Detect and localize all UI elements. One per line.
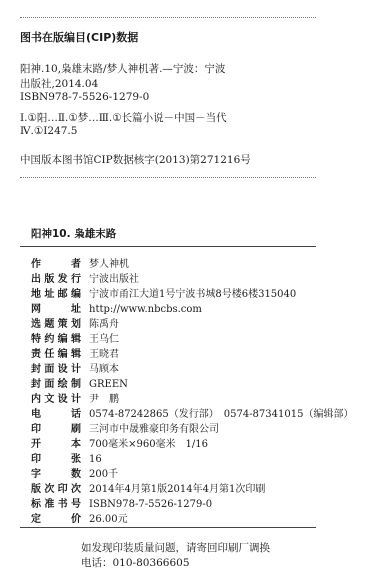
middle-dotted-divider — [20, 177, 316, 178]
row-label: 开 本 — [31, 437, 81, 452]
row-label: 封面绘制 — [31, 377, 81, 392]
row-value: 三河市中晟雅豪印务有限公司 — [89, 422, 219, 437]
cip-heading: 图书在版编目(CIP)数据 — [20, 29, 138, 45]
row-value: 宁波市甬江大道1号宁波书城8号楼6楼315040 — [89, 287, 296, 302]
cip-line: 出版社,2014.04 — [20, 76, 98, 91]
row-label: 标准书号 — [31, 497, 81, 512]
colophon-row-cover-art: 封面绘制GREEN — [31, 377, 353, 392]
printer-phone: 电话：010-80366605 — [81, 555, 190, 570]
top-dotted-divider — [20, 17, 316, 18]
book-title: 阳神10. 枭雄末路 — [31, 226, 116, 241]
colophon-row-sheets: 印 张16 — [31, 452, 353, 467]
colophon-row-printer: 印 刷三河市中晟雅豪印务有限公司 — [31, 422, 353, 437]
row-value: 2014年4月第1版2014年4月第1次印刷 — [89, 482, 265, 497]
row-label: 责任编辑 — [31, 347, 81, 362]
colophon-row-format: 开 本700毫米×960毫米 1/16 — [31, 437, 353, 452]
colophon-row-planner: 选题策划陈禹舟 — [31, 317, 353, 332]
quality-notice: 如发现印装质量问题，请寄回印刷厂调换 — [81, 540, 270, 555]
row-label: 印 刷 — [31, 422, 81, 437]
colophon-row-website: 网 址http://www.nbcbs.com — [31, 302, 353, 317]
row-value: 200千 — [89, 467, 118, 482]
row-label: 字 数 — [31, 467, 81, 482]
row-label: 内文设计 — [31, 392, 81, 407]
row-label: 版次印次 — [31, 482, 81, 497]
row-value: 王乌仁 — [89, 332, 119, 347]
colophon-row-author: 作 者梦人神机 — [31, 257, 353, 272]
cip-line: Ⅰ.①阳…Ⅱ.①梦…Ⅲ.①长篇小说－中国－当代 — [20, 110, 227, 125]
row-label: 印 张 — [31, 452, 81, 467]
row-label: 作 者 — [31, 257, 81, 272]
row-label: 特约编辑 — [31, 332, 81, 347]
row-label: 选题策划 — [31, 317, 81, 332]
cip-line: ISBN978-7-5526-1279-0 — [20, 91, 149, 103]
colophon-row-interior-design: 内文设计尹 鹏 — [31, 392, 353, 407]
row-label: 封面设计 — [31, 362, 81, 377]
row-value: 0574-87242865（发行部） 0574-87341015（编辑部） — [89, 407, 353, 422]
row-label: 电 话 — [31, 407, 81, 422]
colophon-row-publisher: 出版发行宁波出版社 — [31, 272, 353, 287]
colophon-row-address: 地址邮编宁波市甬江大道1号宁波书城8号楼6楼315040 — [31, 287, 353, 302]
row-value: 梦人神机 — [89, 257, 129, 272]
colophon-row-cover-design: 封面设计马顾本 — [31, 362, 353, 377]
colophon-row-special-editor: 特约编辑王乌仁 — [31, 332, 353, 347]
row-label: 地址邮编 — [31, 287, 81, 302]
row-value: 26.00元 — [89, 512, 128, 527]
colophon-row-phone: 电 话0574-87242865（发行部） 0574-87341015（编辑部） — [31, 407, 353, 422]
cip-line: Ⅳ.①I247.5 — [20, 125, 77, 137]
row-value: http://www.nbcbs.com — [89, 302, 202, 317]
row-value: 尹 鹏 — [89, 392, 119, 407]
row-label: 定 价 — [31, 512, 81, 527]
colophon-row-word-count: 字 数200千 — [31, 467, 353, 482]
colophon-top-rule — [20, 246, 316, 247]
row-value: 16 — [89, 452, 102, 467]
row-value: GREEN — [89, 377, 128, 392]
row-value: ISBN978-7-5526-1279-0 — [89, 497, 212, 512]
row-value: 宁波出版社 — [89, 272, 139, 287]
colophon-row-responsible-editor: 责任编辑王晓君 — [31, 347, 353, 362]
row-label: 出版发行 — [31, 272, 81, 287]
row-value: 马顾本 — [89, 362, 119, 377]
colophon-table: 作 者梦人神机 出版发行宁波出版社 地址邮编宁波市甬江大道1号宁波书城8号楼6楼… — [31, 257, 353, 527]
row-label: 网 址 — [31, 302, 81, 317]
colophon-row-edition: 版次印次2014年4月第1版2014年4月第1次印刷 — [31, 482, 353, 497]
row-value: 700毫米×960毫米 1/16 — [89, 437, 208, 452]
cip-line: 阳神.10,枭雄末路/梦人神机著.—宁波：宁波 — [20, 61, 225, 76]
row-value: 陈禹舟 — [89, 317, 119, 332]
row-value: 王晓君 — [89, 347, 119, 362]
cip-approval-number: 中国版本图书馆CIP数据核字(2013)第271216号 — [20, 152, 251, 167]
colophon-bottom-rule — [20, 527, 316, 528]
colophon-row-isbn: 标准书号ISBN978-7-5526-1279-0 — [31, 497, 353, 512]
colophon-row-price: 定 价26.00元 — [31, 512, 353, 527]
